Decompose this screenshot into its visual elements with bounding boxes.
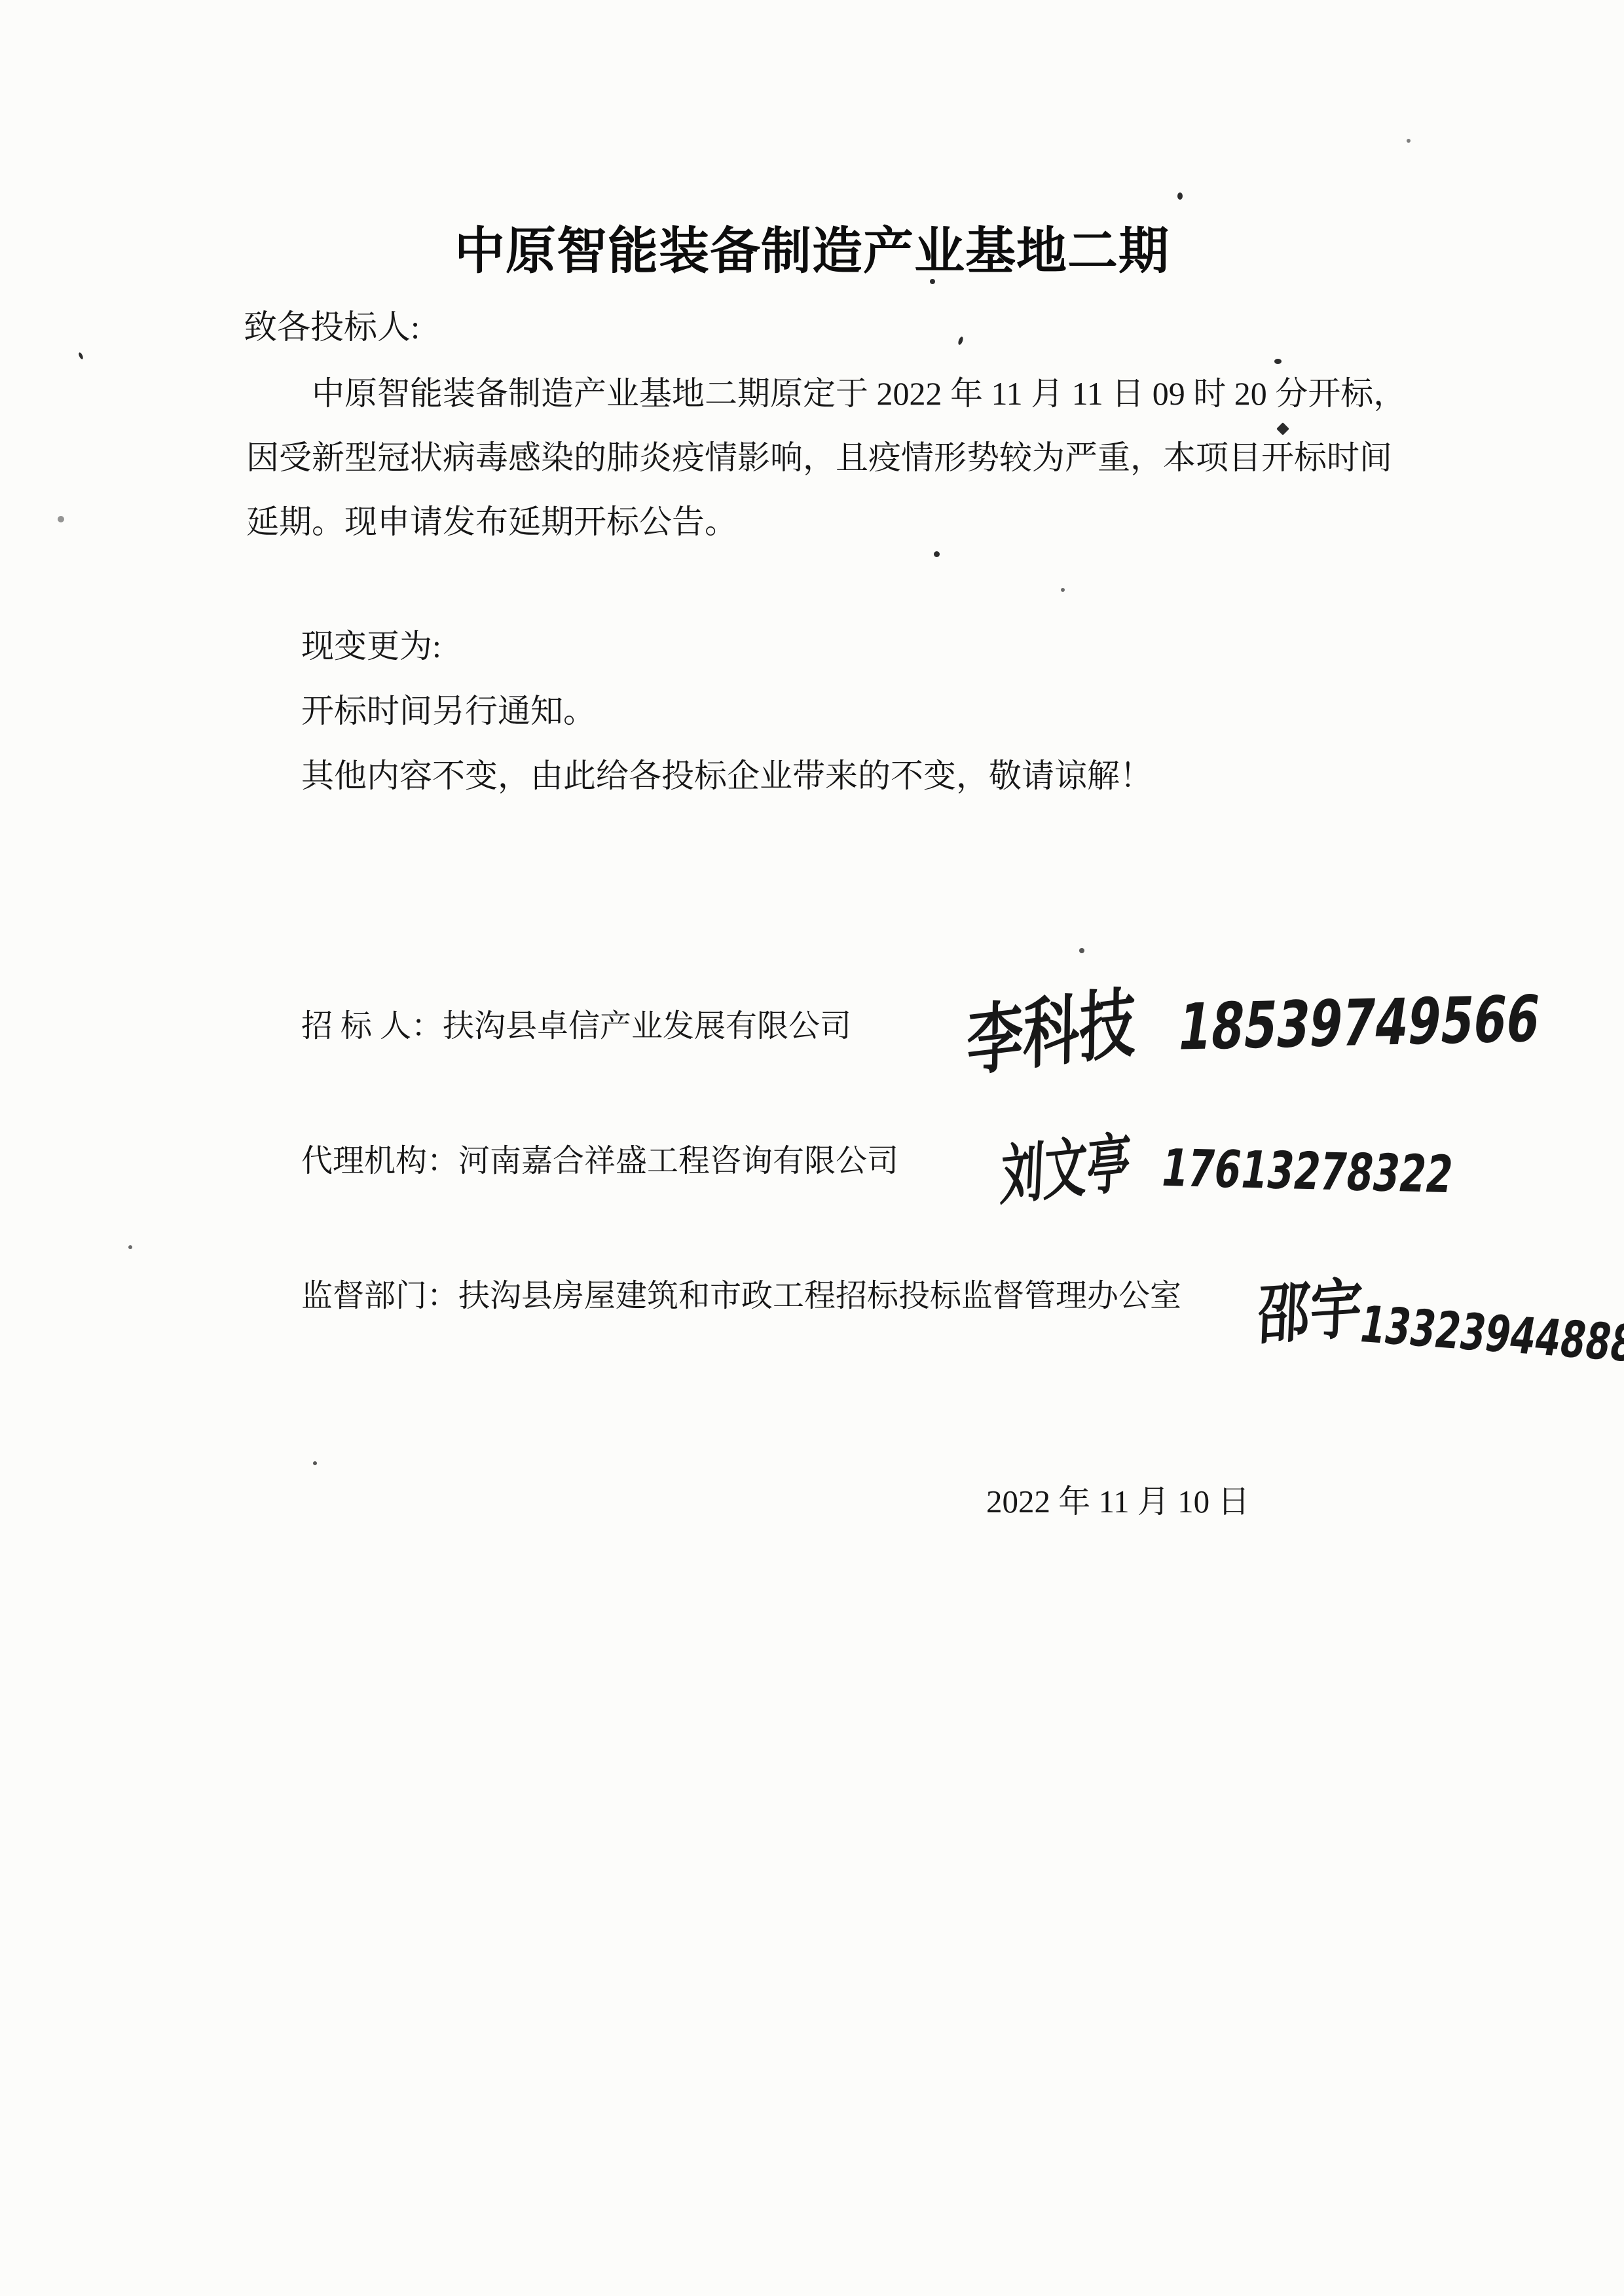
party-value: 扶沟县卓信产业发展有限公司 [443, 1009, 851, 1044]
change-line-notice: 开标时间另行通知。 [301, 679, 1153, 744]
body-paragraph: 中原智能装备制造产业基地二期原定于 2022 年 11 月 11 日 09 时 … [246, 361, 1399, 554]
change-line-apology: 其他内容不变，由此给各投标企业带来的不变，敬请谅解！ [301, 744, 1153, 809]
scan-speck [930, 279, 935, 284]
body-line: 因受新型冠状病毒感染的肺炎疫情影响，且疫情形势较为严重，本项目开标时间 [246, 426, 1399, 490]
document-title: 中原智能装备制造产业基地二期 [0, 211, 1624, 283]
party-label: 招 标 人： [301, 1009, 443, 1044]
body-line: 中原智能装备制造产业基地二期原定于 2022 年 11 月 11 日 09 时 … [246, 361, 1399, 426]
scan-speck [934, 551, 940, 557]
scan-speck [78, 352, 84, 359]
scan-speck [957, 336, 964, 345]
scan-speck [1177, 192, 1183, 200]
party-value: 扶沟县房屋建筑和市政工程招标投标监督管理办公室 [458, 1279, 1181, 1313]
signature-tenderer-phone: 18539749566 [1173, 981, 1545, 1065]
party-row-supervisor: 监督部门：扶沟县房屋建筑和市政工程招标投标监督管理办公室 [301, 1270, 1181, 1315]
scan-speck [1407, 139, 1411, 143]
party-row-tenderer: 招 标 人：扶沟县卓信产业发展有限公司 [301, 1000, 851, 1046]
signature-agency-phone: 17613278322 [1156, 1138, 1457, 1205]
scan-speck [1061, 588, 1065, 592]
body-line: 延期。现申请发布延期开标公告。 [246, 490, 1399, 554]
scan-speck [313, 1461, 317, 1465]
scan-speck [128, 1245, 132, 1249]
salutation: 致各投标人: [244, 300, 420, 348]
scan-speck [1274, 359, 1282, 364]
party-label: 代理机构： [301, 1144, 458, 1178]
signature-tenderer-name: 李科技 [967, 961, 1136, 1091]
change-section: 现变更为: 开标时间另行通知。 其他内容不变，由此给各投标企业带来的不变，敬请谅… [301, 614, 1153, 809]
document-date: 2022 年 11 月 10 日 [986, 1476, 1249, 1522]
scan-speck [58, 516, 64, 522]
change-heading: 现变更为: [301, 614, 1153, 679]
signature-supervisor-phone: 13323944888 [1355, 1295, 1624, 1373]
party-row-agency: 代理机构：河南嘉合祥盛工程咨询有限公司 [301, 1135, 898, 1180]
scan-speck [1079, 948, 1084, 953]
scanned-document-page: 中原智能装备制造产业基地二期 致各投标人: 中原智能装备制造产业基地二期原定于 … [0, 0, 1624, 2296]
party-value: 河南嘉合祥盛工程咨询有限公司 [458, 1144, 898, 1178]
signature-agency-name: 刘文亭 [999, 1110, 1132, 1217]
party-label: 监督部门： [301, 1279, 458, 1313]
signature-supervisor-name: 邵宇 [1256, 1256, 1365, 1357]
